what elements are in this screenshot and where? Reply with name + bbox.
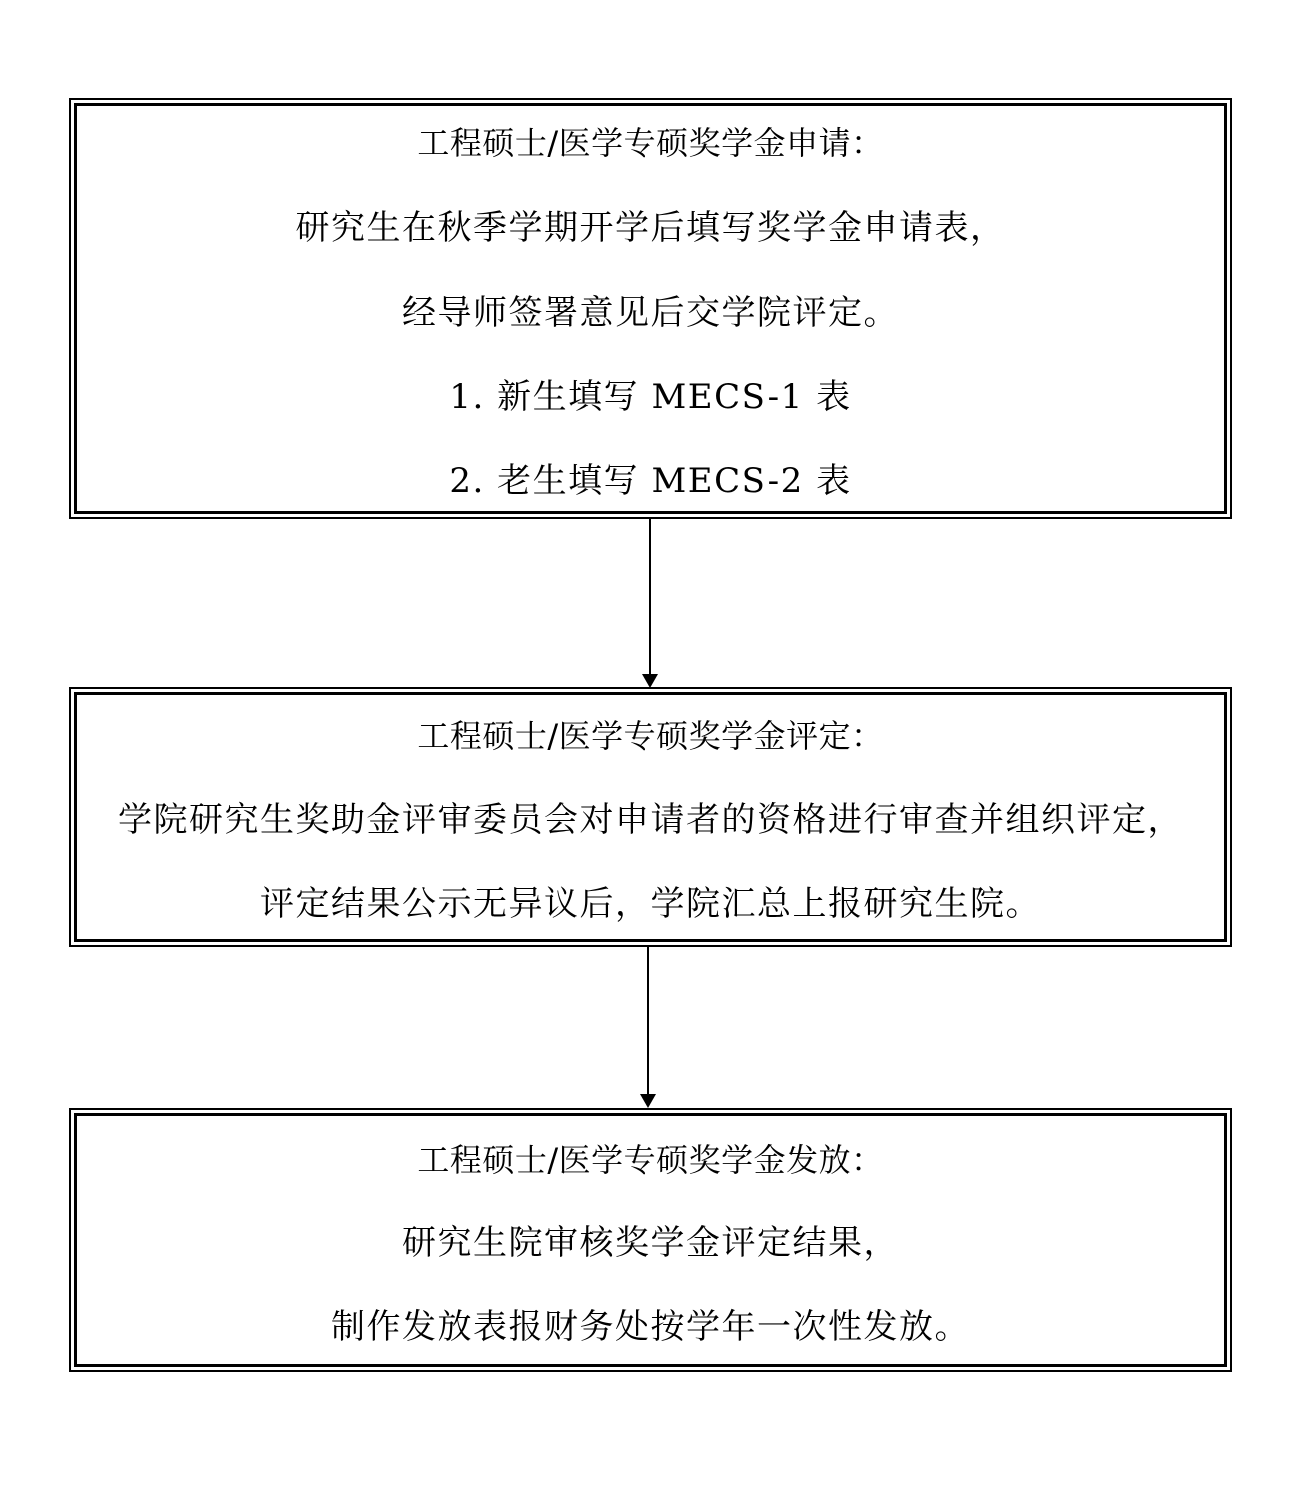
step-box-inner-border: 工程硕士/医学专硕奖学金评定： 学院研究生奖助金评审委员会对申请者的资格进行审查… [74, 692, 1227, 942]
step-heading: 工程硕士/医学专硕奖学金申请： [77, 123, 1224, 163]
step-text-line: 评定结果公示无异议后，学院汇总上报研究生院。 [77, 884, 1224, 924]
step-box-evaluation: 工程硕士/医学专硕奖学金评定： 学院研究生奖助金评审委员会对申请者的资格进行审查… [69, 687, 1232, 947]
step-heading: 工程硕士/医学专硕奖学金发放： [77, 1140, 1224, 1180]
arrow-shaft [649, 517, 651, 677]
step-box-inner-border: 工程硕士/医学专硕奖学金申请： 研究生在秋季学期开学后填写奖学金申请表， 经导师… [74, 103, 1227, 514]
arrow-down-icon [640, 1094, 656, 1108]
step-text-line: 研究生院审核奖学金评定结果， [77, 1223, 1224, 1263]
step-box-application: 工程硕士/医学专硕奖学金申请： 研究生在秋季学期开学后填写奖学金申请表， 经导师… [69, 98, 1232, 519]
step-list-item: 1. 新生填写 MECS-1 表 [77, 377, 1224, 417]
arrow-down-icon [642, 674, 658, 688]
step-box-inner-border: 工程硕士/医学专硕奖学金发放： 研究生院审核奖学金评定结果， 制作发放表报财务处… [74, 1113, 1227, 1367]
step-text-line: 制作发放表报财务处按学年一次性发放。 [77, 1307, 1224, 1347]
step-text-line: 研究生在秋季学期开学后填写奖学金申请表， [77, 208, 1224, 248]
step-text-line: 经导师签署意见后交学院评定。 [77, 293, 1224, 333]
step-list-item: 2. 老生填写 MECS-2 表 [77, 461, 1224, 501]
step-heading: 工程硕士/医学专硕奖学金评定： [77, 716, 1224, 756]
step-text-line: 学院研究生奖助金评审委员会对申请者的资格进行审查并组织评定， [77, 800, 1224, 840]
step-box-disbursement: 工程硕士/医学专硕奖学金发放： 研究生院审核奖学金评定结果， 制作发放表报财务处… [69, 1108, 1232, 1372]
arrow-shaft [647, 945, 649, 1097]
